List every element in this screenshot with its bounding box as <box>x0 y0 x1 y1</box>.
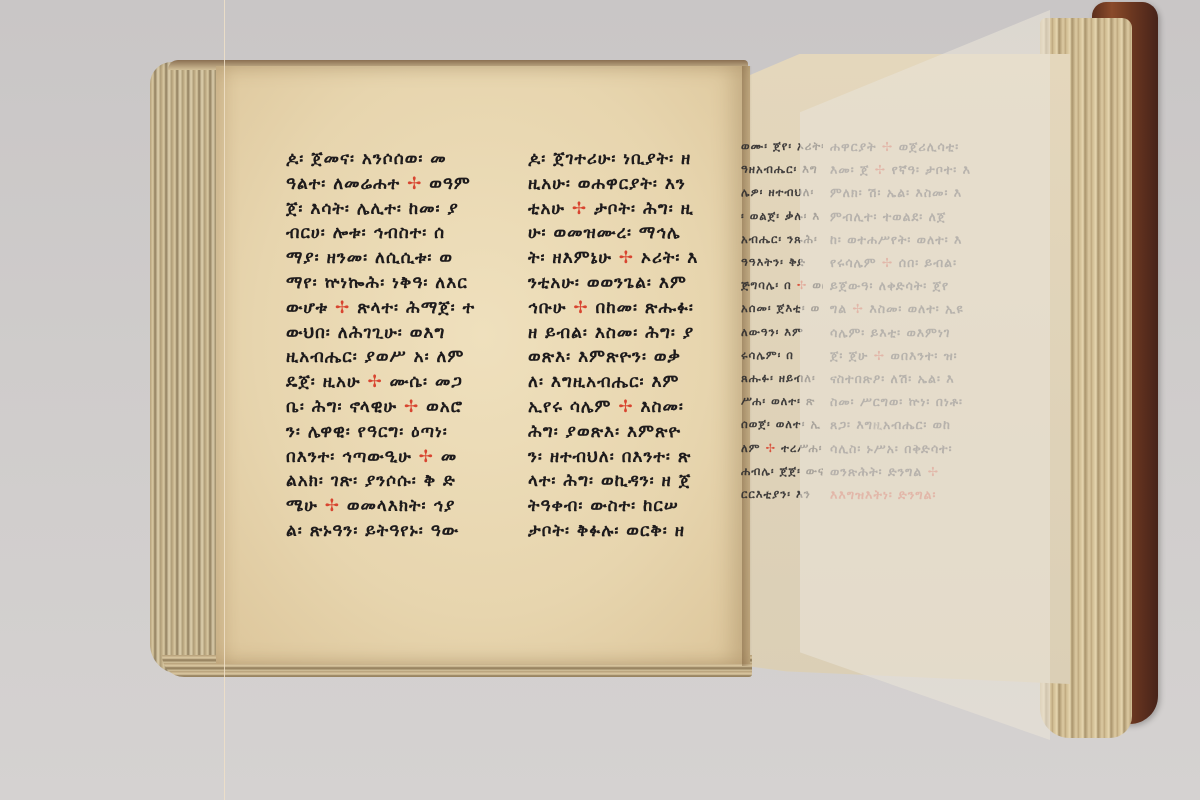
text-line: ለ፡ እግዚአብሔር፡ እም <box>528 370 698 395</box>
text-line: ውህበ፡ ለሕገጊሁ፡ ወእግ <box>286 321 475 346</box>
text-line: ማያ፡ ዘንመ፡ ለሲሲቱ፡ ወ <box>286 246 475 271</box>
text-line: ን፡ ዘተብህለ፡ በእንተ፡ ጽ <box>528 445 698 470</box>
text-line: ኢየሩ ሳሌም ✢ እስመ፡ <box>528 395 698 420</box>
protective-tissue-sheet[interactable] <box>800 10 1050 740</box>
text-line: ማየ፡ ኵነኰሕ፡ ነቅዓ፡ ለእር <box>286 271 475 296</box>
text-line: ብርሀ፡ ሎቱ፡ ኅብስተ፡ ሰ <box>286 221 475 246</box>
text-line: ዚአብሔር፡ ያወሥ አ፡ ለም <box>286 345 475 370</box>
text-line: ወጽእ፡ እምጽዮን፡ ወቃ <box>528 345 698 370</box>
text-column-a: ዾ፡ ጀመና፡ አንሶሰወ፡ መ ዓልተ፡ ለመሬሐተ ✢ ወዓም ጀ፡ እሳት… <box>286 147 475 544</box>
text-line: በእንተ፡ ኅጣውዒሁ ✢ መ <box>286 445 475 470</box>
text-line: ን፡ ሌዋዊ፡ የዓርግ፡ ዕጣነ፡ <box>286 420 475 445</box>
text-column-b: ዾ፡ ጀገተሪሁ፡ ነቢያት፡ ዘ ዚአሁ፡ ወሐዋርያት፡ እን ቲአሁ ✢ … <box>528 147 698 544</box>
hanging-thread <box>224 0 225 800</box>
text-line: ዚአሁ፡ ወሐዋርያት፡ እን <box>528 172 698 197</box>
text-line: ት፡ ዘእምኔሁ ✢ ኦሪት፡ እ <box>528 246 698 271</box>
text-line: ዾ፡ ጀገተሪሁ፡ ነቢያት፡ ዘ <box>528 147 698 172</box>
text-line: ቤ፡ ሕግ፡ ኖላዊሁ ✢ ወአሮ <box>286 395 475 420</box>
text-line: ትዓቀብ፡ ውስተ፡ ከርሠ <box>528 494 698 519</box>
text-line: ዓልተ፡ ለመሬሐተ ✢ ወዓም <box>286 172 475 197</box>
text-line: ሜሁ ✢ ወመላእክት፡ ኅያ <box>286 494 475 519</box>
text-line: ላተ፡ ሕግ፡ ወኪዳን፡ ዘ ጀ <box>528 469 698 494</box>
text-line: ውሆቱ ✢ ጽላተ፡ ሕማጀ፡ ተ <box>286 296 475 321</box>
text-line: ኅቡሁ ✢ በከመ፡ ጽሑፉ፡ <box>528 296 698 321</box>
text-line: ሁ፡ ወመዝሙረ፡ ማኅሌ <box>528 221 698 246</box>
text-line: ቲአሁ ✢ ታቦት፡ ሕግ፡ ዚ <box>528 197 698 222</box>
text-line: ታቦት፡ ቅፉሉ፡ ወርቅ፡ ዘ <box>528 519 698 544</box>
left-page-block-edge <box>150 62 220 674</box>
text-line: ል፡ ጽኑዓን፡ ይትዓየኑ፡ ዓው <box>286 519 475 544</box>
text-line: ሕግ፡ ያወጽእ፡ እምጽዮ <box>528 420 698 445</box>
text-line: ንቲአሁ፡ ወወንጌል፡ እም <box>528 271 698 296</box>
text-line: ጀ፡ እሳት፡ ሌሊተ፡ ከመ፡ ያ <box>286 197 475 222</box>
text-line: ዘ ይብል፡ እስመ፡ ሕግ፡ ያ <box>528 321 698 346</box>
text-line: ዾ፡ ጀመና፡ አንሶሰወ፡ መ <box>286 147 475 172</box>
text-line: ዴጀ፡ ዚአሁ ✢ ሙሴ፡ መጋ <box>286 370 475 395</box>
text-line: ልአክ፡ ገጽ፡ ያንሶሱ፡ ቅ ድ <box>286 469 475 494</box>
